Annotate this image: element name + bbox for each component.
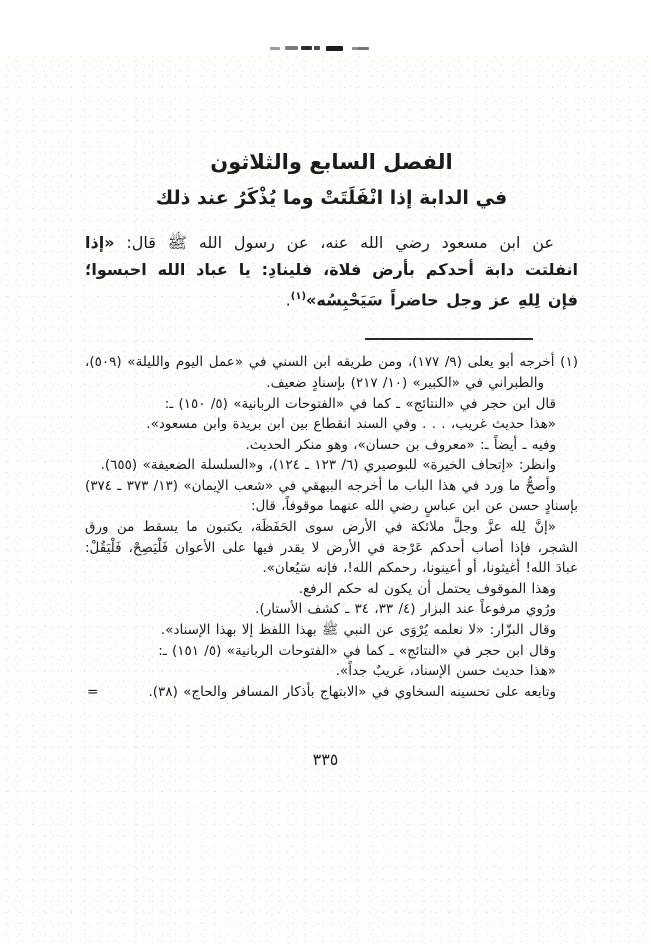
footnote-paragraph: وفيه ـ أيضاً ـ: «معروف بن حسان»، وهو منك… <box>85 435 578 456</box>
footnote-separator <box>365 338 533 340</box>
footnote-paragraph: وأصحُّ ما ورد في هذا الباب ما أخرجه البي… <box>85 476 578 517</box>
text-block: الفصل السابع والثلاثون في الدابة إذا انْ… <box>0 0 651 702</box>
footnote-paragraph: قال ابن حجر في «النتائج» ـ كما في «الفتو… <box>85 394 578 415</box>
footnote-paragraph: (١) أخرجه أبو يعلى (٩/ ١٧٧)، ومن طريقه ا… <box>85 352 578 393</box>
page: الفصل السابع والثلاثون في الدابة إذا انْ… <box>0 0 651 944</box>
hadith-paragraph: عن ابن مسعود رضي الله عنه، عن رسول الله … <box>85 229 578 313</box>
footnote-paragraph: وهذا الموقوف يحتمل أن يكون له حكم الرفع. <box>85 579 578 600</box>
chapter-title: الفصل السابع والثلاثون <box>85 150 578 174</box>
footnote-paragraph: «إنَّ لِله عزَّ وجلَّ ملائكة في الأرض سو… <box>85 517 578 579</box>
footnote-paragraph: ورُوي مرفوعاً عند البزار (٤/ ٣٣، ٣٤ ـ كش… <box>85 599 578 620</box>
page-number: ٣٣٥ <box>0 750 651 769</box>
hadith-isnad: عن ابن مسعود رضي الله عنه، عن رسول الله … <box>115 233 554 252</box>
footnotes-section: (١) أخرجه أبو يعلى (٩/ ١٧٧)، ومن طريقه ا… <box>85 352 578 702</box>
footnote-paragraph: وانظر: «إتحاف الخيرة» للبوصيري (٦/ ١٢٣ ـ… <box>85 455 578 476</box>
chapter-subtitle: في الدابة إذا انْفَلَتَتْ وما يُذْكَرُ ع… <box>85 187 578 209</box>
footnote-paragraph: «هذا حديث حسن الإسناد، غريبٌ جداً». <box>85 661 578 682</box>
continuation-marker: = <box>87 682 120 703</box>
footnote-paragraph: =وتابعه على تحسينه السخاوي في «الابتهاج … <box>85 682 578 703</box>
footnote-text: وتابعه على تحسينه السخاوي في «الابتهاج ب… <box>148 684 556 700</box>
footnote-paragraph: «هذا حديث غريب، . . . وفي السند انقطاع ب… <box>85 414 578 435</box>
footnote-paragraph: وقال ابن حجر في «النتائج» ـ كما في «الفت… <box>85 641 578 662</box>
footnote-paragraph: وقال البزّار: «لا نعلمه يُرْوَى عن النبي… <box>85 620 578 641</box>
footnote-ref: (١) <box>291 291 306 302</box>
